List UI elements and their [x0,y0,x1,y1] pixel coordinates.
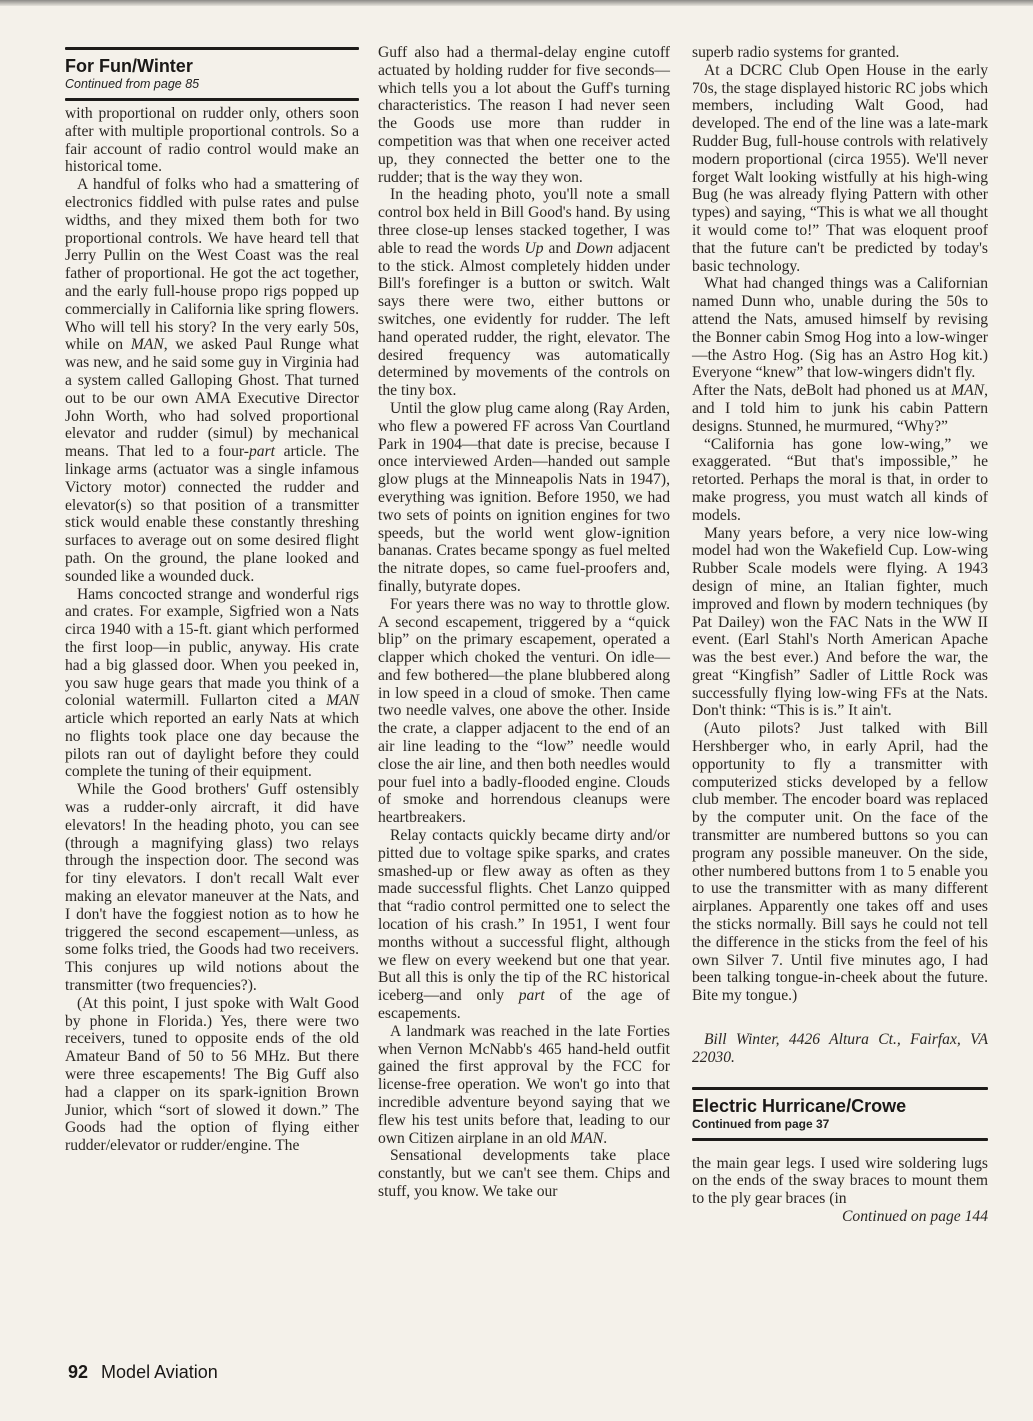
column-3-body: superb radio systems for granted.At a DC… [692,44,988,1005]
header-rule-bottom [65,98,359,101]
page-number: 92 [68,1362,88,1382]
paragraph: A landmark was reached in the late Forti… [378,1023,670,1148]
paragraph: Many years before, a very nice low-wing … [692,525,988,721]
continued-on-link[interactable]: Continued on page 144 [692,1208,988,1226]
paragraph: superb radio systems for granted. [692,44,988,62]
author-byline: Bill Winter, 4426 Altura Ct., Fairfax, V… [692,1031,988,1067]
paragraph: For years there was no way to throttle g… [378,596,670,827]
paragraph: After the Nats, deBolt had phoned us at … [692,382,988,435]
paragraph: Guff also had a thermal-delay engine cut… [378,44,670,186]
second-article-title: Electric Hurricane/Crowe [692,1095,988,1117]
column-3: superb radio systems for granted.At a DC… [692,44,988,1226]
paragraph: Sensational developments take place cons… [378,1147,670,1200]
paragraph: In the heading photo, you'll note a smal… [378,186,670,400]
paragraph: At a DCRC Club Open House in the early 7… [692,62,988,276]
column-2-body: Guff also had a thermal-delay engine cut… [378,44,670,1201]
paragraph: (Auto pilots? Just talked with Bill Hers… [692,720,988,1005]
header-rule-top [65,47,359,50]
paragraph: A handful of folks who had a smattering … [65,176,359,585]
second-article-text: the main gear legs. I used wire solderin… [692,1155,988,1208]
paragraph: with proportional on rudder only, others… [65,105,359,176]
paragraph: Hams concocted strange and wonderful rig… [65,586,359,782]
second-continued-from: Continued from page 37 [692,1117,988,1132]
page-footer: 92 Model Aviation [68,1362,218,1383]
paragraph: (At this point, I just spoke with Walt G… [65,995,359,1155]
second-header-rule-bottom [692,1138,988,1141]
page-top-edge [0,0,1033,6]
second-article-header: Electric Hurricane/Crowe Continued from … [692,1087,988,1141]
paragraph: Relay contacts quickly became dirty and/… [378,827,670,1023]
paragraph: While the Good brothers' Guff ostensibly… [65,781,359,995]
second-header-rule-top [692,1087,988,1090]
column-1-body: with proportional on rudder only, others… [65,105,359,1155]
column-1: For Fun/Winter Continued from page 85 wi… [65,44,359,1155]
paragraph: Until the glow plug came along (Ray Arde… [378,400,670,596]
article-header: For Fun/Winter Continued from page 85 [65,47,359,101]
publication-name: Model Aviation [101,1362,218,1382]
continued-from: Continued from page 85 [65,77,359,92]
column-2: Guff also had a thermal-delay engine cut… [378,44,670,1201]
article-title: For Fun/Winter [65,55,359,77]
paragraph: What had changed things was a California… [692,275,988,382]
paragraph: “California has gone low-wing,” we exagg… [692,436,988,525]
